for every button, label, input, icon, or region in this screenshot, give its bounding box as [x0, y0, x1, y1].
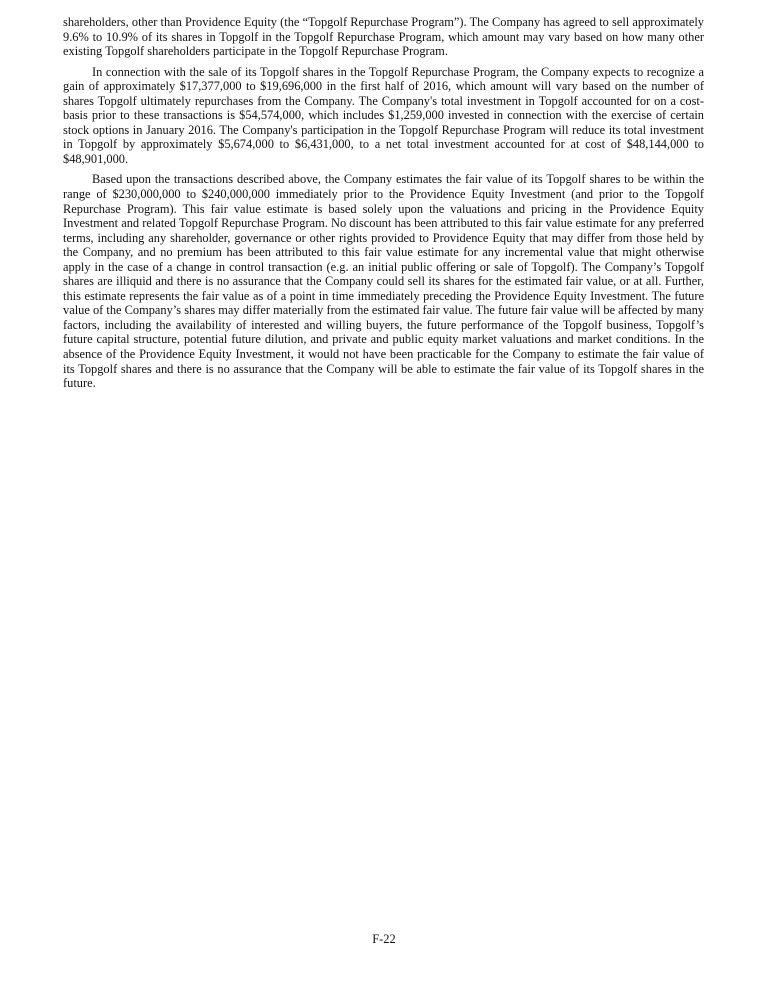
- page-number: F-22: [0, 932, 768, 946]
- paragraph-topgolf-repurchase-program: shareholders, other than Providence Equi…: [63, 15, 704, 59]
- paragraph-fair-value-estimate: Based upon the transactions described ab…: [63, 172, 704, 390]
- document-body: shareholders, other than Providence Equi…: [63, 15, 704, 397]
- paragraph-sale-gain-and-investment: In connection with the sale of its Topgo…: [63, 65, 704, 167]
